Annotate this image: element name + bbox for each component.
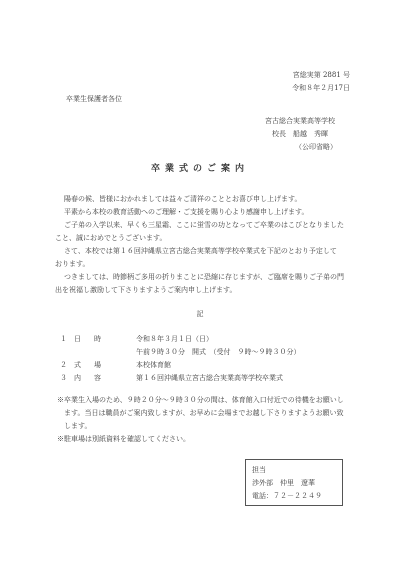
body-line: 平素から本校の教育活動へのご理解・ご支援を賜り心より感謝申し上げます。 — [64, 209, 308, 216]
detail-label: 内 容 — [74, 375, 136, 382]
recipient: 卒業生保護者各位 — [66, 96, 122, 103]
contact-phone: 電話：７２－２２４９ — [252, 490, 336, 503]
detail-value: 第１６回沖縄県立宮古総合実業高等学校卒業式 — [136, 374, 283, 382]
body-line: つきましては、時節柄ご多用の折りまことに恐縮に存じますが、ご臨席を賜りご子弟の門 — [64, 274, 344, 281]
sender-school: 宮古総合実業高等学校 — [265, 118, 335, 125]
doc-number: 宮総実第 2881 号 — [293, 72, 350, 79]
note-line: します。 — [57, 423, 91, 430]
body-line: 出を祝福し激励して下さりますようご案内申し上げます。 — [55, 287, 236, 294]
detail-row-venue: ２式 場本校体育館 — [60, 362, 171, 369]
note-line: ※卒業生入場のため、９時２０分～９時３０分の間は、体育館入口付近での待機をお願い… — [57, 397, 344, 404]
detail-value: 令和８年３月１日（日） — [136, 335, 213, 343]
ki-heading: 記 — [0, 311, 400, 318]
detail-num: ３ — [60, 375, 74, 382]
detail-value: 本校体育館 — [136, 361, 171, 369]
note-line: ※駐車場は別紙資料を確認してください。 — [57, 436, 190, 443]
document-title: 卒業式のご案内 — [0, 165, 400, 174]
sender-principal: 校長 船越 秀暉 — [272, 131, 328, 138]
body-line: 陽春の候、皆様におかれましては益々ご清祥のこととお喜び申し上げます。 — [64, 196, 301, 203]
contact-label: 担当 — [252, 464, 336, 477]
body-line: こと、誠におめでとうございます。 — [55, 235, 166, 242]
body-line: ご子弟の入学以来、早くも三星霜、ここに蛍雪の功となってご卒業のはこびとなりました — [64, 222, 344, 229]
body-line: おります。 — [55, 261, 89, 268]
seal-note: （公印省略） — [295, 144, 337, 151]
detail-label: 日 時 — [74, 336, 136, 343]
note-line: ます。当日は職員がご案内致しますが、お早めに会場までお越し下さりますようお願い致 — [57, 410, 343, 417]
doc-date: 令和８年２月17日 — [292, 85, 350, 92]
detail-row-time: 午前９時３０分 開式 （受付 ９時～９時３０分） — [60, 349, 301, 356]
contact-box: 担当 渉外部 仲里 遼華 電話：７２－２２４９ — [245, 459, 343, 506]
detail-num: １ — [60, 336, 74, 343]
contact-person: 渉外部 仲里 遼華 — [252, 477, 336, 490]
detail-value: 午前９時３０分 開式 （受付 ９時～９時３０分） — [136, 348, 301, 356]
body-line: さて、本校では第１６回沖縄県立宮古総合実業高等学校卒業式を下記のとおり予定して — [64, 248, 337, 255]
detail-row-date: １日 時令和８年３月１日（日） — [60, 336, 213, 343]
detail-row-content: ３内 容第１６回沖縄県立宮古総合実業高等学校卒業式 — [60, 375, 283, 382]
detail-num: ２ — [60, 362, 74, 369]
detail-label: 式 場 — [74, 362, 136, 369]
